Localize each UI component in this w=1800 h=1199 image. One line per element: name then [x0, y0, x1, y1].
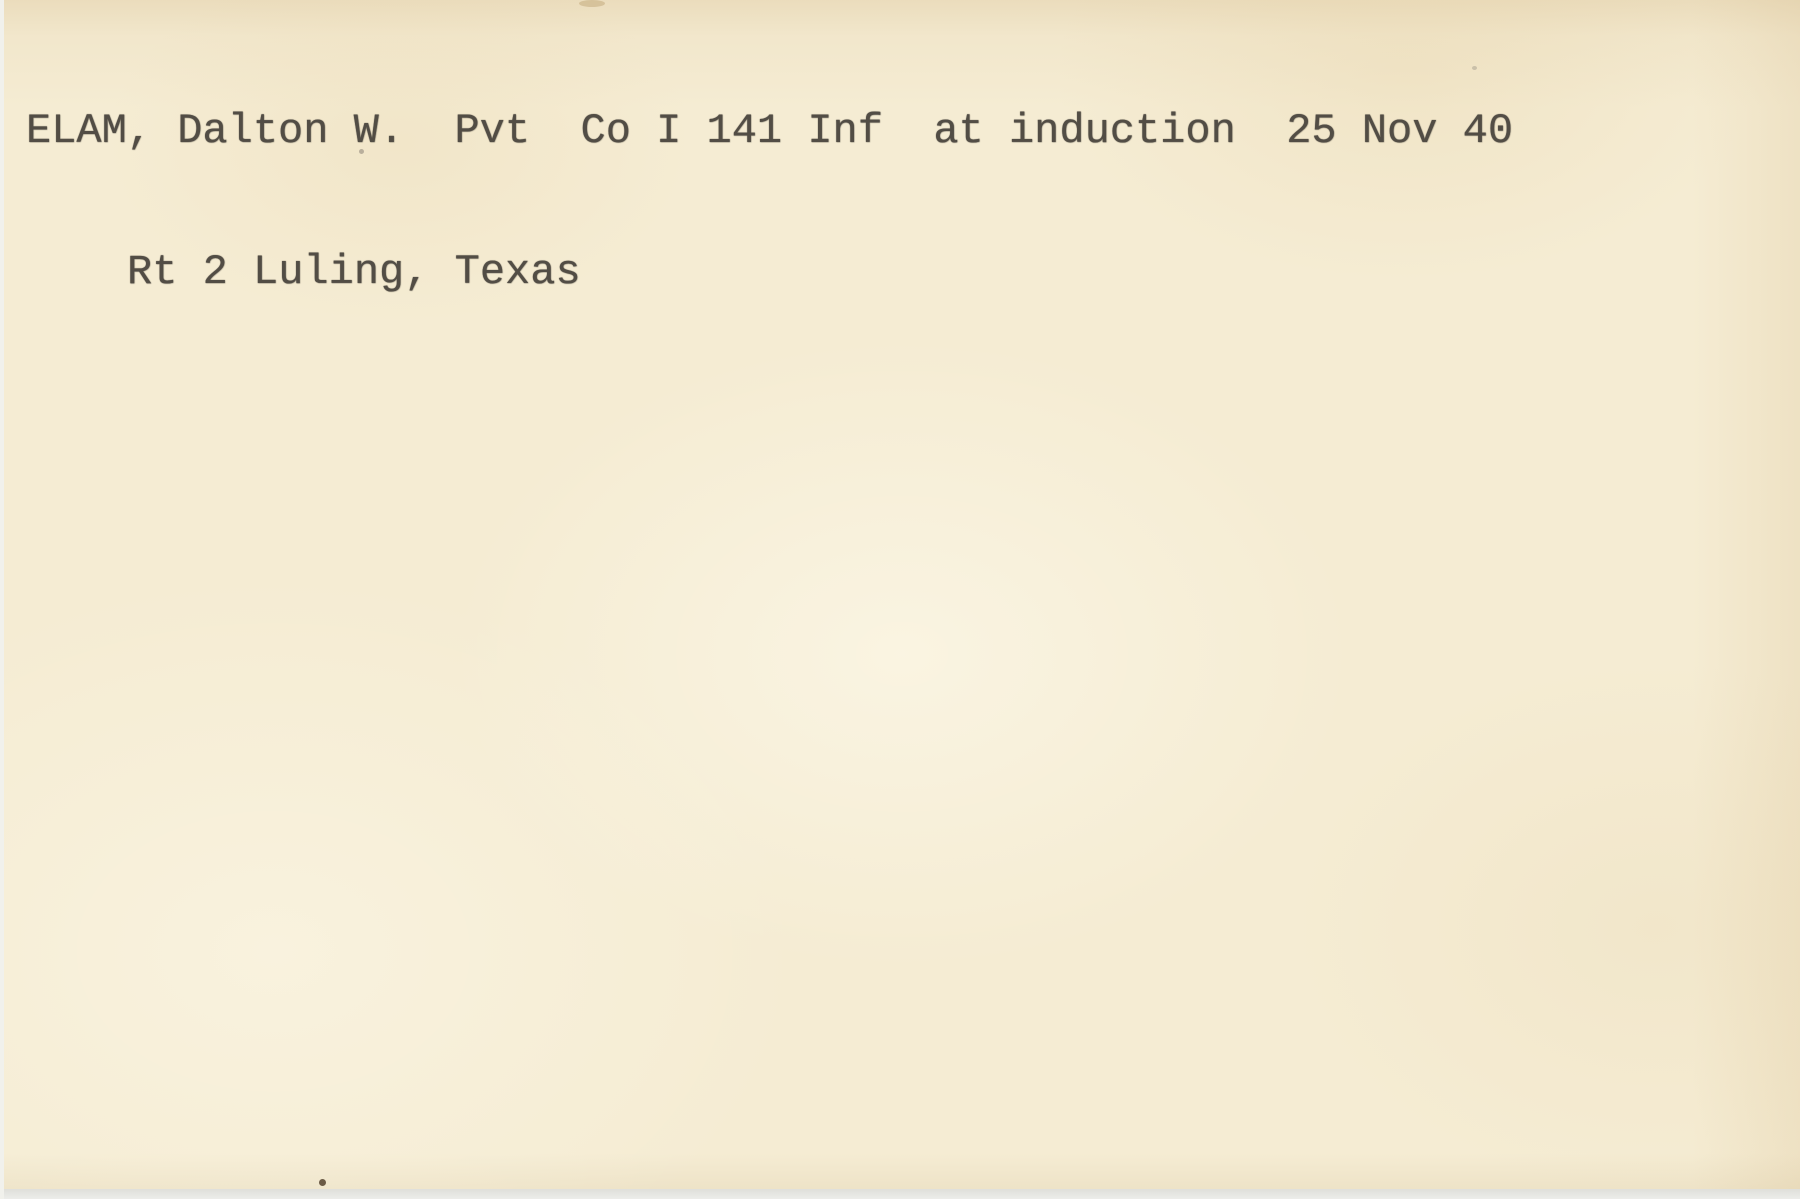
ink-speck: [359, 149, 364, 154]
scanner-edge-left: [0, 0, 4, 1199]
typed-line-address: Rt 2 Luling, Texas: [26, 249, 1513, 296]
typed-text-block: ELAM, Dalton W. Pvt Co I 141 Inf at indu…: [26, 14, 1513, 390]
index-card: ELAM, Dalton W. Pvt Co I 141 Inf at indu…: [4, 0, 1800, 1189]
paper-smudge: [579, 0, 605, 7]
scanner-edge-bottom: [0, 1189, 1800, 1199]
ink-speck: [319, 1179, 326, 1186]
scanned-card-frame: ELAM, Dalton W. Pvt Co I 141 Inf at indu…: [0, 0, 1800, 1199]
ink-speck: [1472, 66, 1477, 70]
typed-line-name-unit-date: ELAM, Dalton W. Pvt Co I 141 Inf at indu…: [26, 108, 1513, 155]
